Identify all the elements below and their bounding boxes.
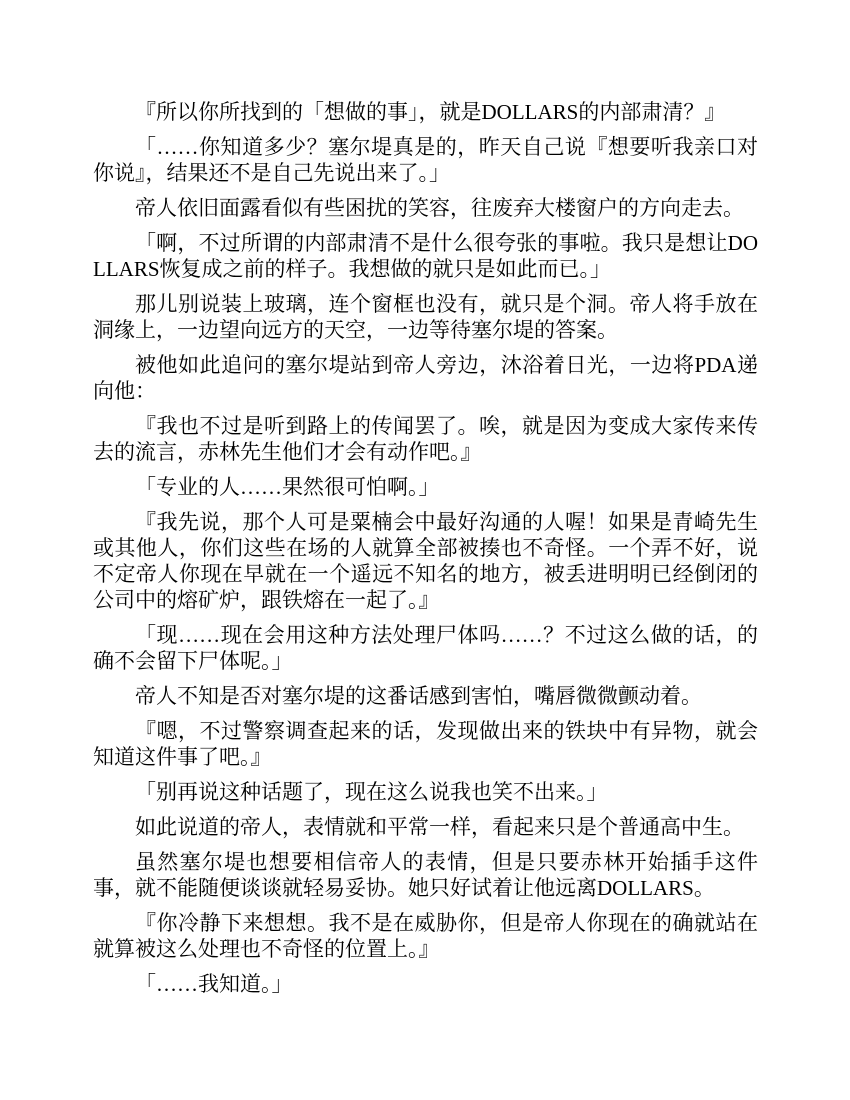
- paragraph: 「专业的人……果然很可怕啊。」: [93, 474, 758, 500]
- paragraph: 虽然塞尔堤也想要相信帝人的表情，但是只要赤林开始插手这件事，就不能随便谈谈就轻易…: [93, 849, 758, 901]
- paragraph: 如此说道的帝人，表情就和平常一样，看起来只是个普通高中生。: [93, 814, 758, 840]
- paragraph: 被他如此追问的塞尔堤站到帝人旁边，沐浴着日光，一边将PDA递向他：: [93, 352, 758, 404]
- paragraph: 『所以你所找到的「想做的事」，就是DOLLARS的内部肃清？』: [93, 99, 758, 125]
- paragraph: 『我也不过是听到路上的传闻罢了。唉，就是因为变成大家传来传去的流言，赤林先生他们…: [93, 413, 758, 465]
- paragraph: 「啊，不过所谓的内部肃清不是什么很夸张的事啦。我只是想让DOLLARS恢复成之前…: [93, 230, 758, 282]
- document-page: 『所以你所找到的「想做的事」，就是DOLLARS的内部肃清？』「……你知道多少？…: [0, 0, 850, 1100]
- paragraph: 帝人不知是否对塞尔堤的这番话感到害怕，嘴唇微微颤动着。: [93, 683, 758, 709]
- paragraph: 『嗯，不过警察调查起来的话，发现做出来的铁块中有异物，就会知道这件事了吧。』: [93, 718, 758, 770]
- paragraph: 帝人依旧面露看似有些困扰的笑容，往废弃大楼窗户的方向走去。: [93, 195, 758, 221]
- paragraph: 那儿别说装上玻璃，连个窗框也没有，就只是个洞。帝人将手放在洞缘上，一边望向远方的…: [93, 291, 758, 343]
- paragraph: 『你冷静下来想想。我不是在威胁你，但是帝人你现在的确就站在就算被这么处理也不奇怪…: [93, 910, 758, 962]
- paragraph: 「……你知道多少？塞尔堤真是的，昨天自己说『想要听我亲口对你说』，结果还不是自己…: [93, 134, 758, 186]
- text-block: 『所以你所找到的「想做的事」，就是DOLLARS的内部肃清？』「……你知道多少？…: [93, 99, 758, 1006]
- paragraph: 「现……现在会用这种方法处理尸体吗……？不过这么做的话，的确不会留下尸体呢。」: [93, 622, 758, 674]
- paragraph: 『我先说，那个人可是粟楠会中最好沟通的人喔！如果是青崎先生或其他人，你们这些在场…: [93, 509, 758, 613]
- paragraph: 「别再说这种话题了，现在这么说我也笑不出来。」: [93, 779, 758, 805]
- paragraph: 「……我知道。」: [93, 971, 758, 997]
